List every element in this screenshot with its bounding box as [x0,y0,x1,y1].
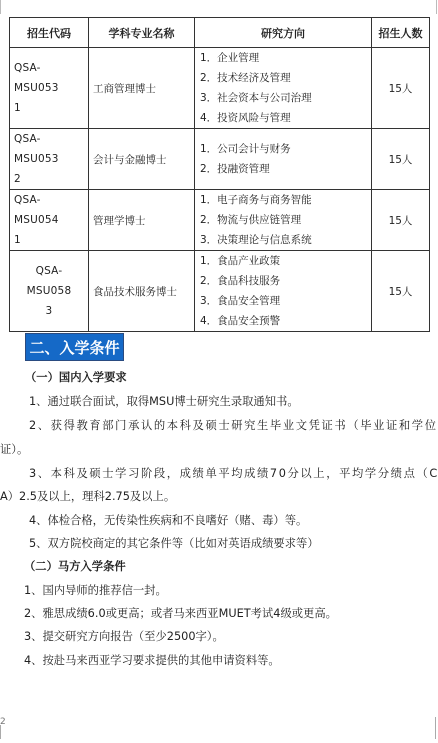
cell-count: 15人 [372,48,430,129]
cell-code: QSA-MSU0583 [10,251,89,332]
domestic-heading: （一）国内入学要求 [25,369,127,385]
header-major: 学科专业名称 [89,18,195,48]
cell-code: QSA-MSU0541 [10,190,89,251]
cell-code: QSA-MSU0531 [10,48,89,129]
cell-directions: 1．公司会计与财务 2．投融资管理 [195,129,372,190]
cell-directions: 1．企业管理 2．技术经济及管理 3．社会资本与公司治理 4．投资风险与管理 [195,48,372,129]
domestic-item: 3、本科及硕士学习阶段，成绩单平均成绩70分以上，平均学分绩点（CGP [29,465,438,481]
section-heading: 二、入学条件 [25,333,124,361]
malaysia-item: 4、按赴马来西亚学习要求提供的其他申请资料等。 [24,652,280,668]
table-row: QSA-MSU0583 食品技术服务博士 1．食品产业政策 2．食品科技服务 3… [10,251,430,332]
malaysia-heading: （二）马方入学条件 [24,558,126,574]
cell-count: 15人 [372,251,430,332]
page-edge [435,717,436,739]
table-header-row: 招生代码 学科专业名称 研究方向 招生人数 [10,18,430,48]
domestic-item: 2、获得教育部门承认的本科及硕士研究生毕业文凭证书（毕业证和学位 [29,417,438,433]
cell-major: 管理学博士 [89,190,195,251]
page-edge [0,725,1,739]
header-direction: 研究方向 [195,18,372,48]
table-row: QSA-MSU0541 管理学博士 1．电子商务与商务智能 2．物流与供应链管理… [10,190,430,251]
domestic-item: A）2.5及以上，理科2.75及以上。 [0,488,175,504]
malaysia-item: 3、提交研究方向报告（至少2500字）。 [24,628,224,644]
cell-major: 工商管理博士 [89,48,195,129]
domestic-item: 5、双方院校商定的其它条件等（比如对英语成绩要求等） [29,535,319,551]
cell-major: 食品技术服务博士 [89,251,195,332]
cell-directions: 1．食品产业政策 2．食品科技服务 3．食品安全管理 4．食品安全预警 [195,251,372,332]
domestic-item: 1、通过联合面试，取得MSU博士研究生录取通知书。 [29,393,299,409]
header-code: 招生代码 [10,18,89,48]
domestic-item: 4、体检合格，无传染性疾病和不良嗜好（赌、毒）等。 [29,512,307,528]
domestic-item: 证）。 [0,441,28,457]
malaysia-item: 2、雅思成绩6.0或更高；或者马来西亚MUET考试4级或更高。 [24,605,337,621]
header-count: 招生人数 [372,18,430,48]
cell-major: 会计与金融博士 [89,129,195,190]
malaysia-item: 1、国内导师的推荐信一封。 [24,582,167,598]
cell-code: QSA-MSU0532 [10,129,89,190]
cell-count: 15人 [372,190,430,251]
page-edge [0,0,1,14]
enrollment-table: 招生代码 学科专业名称 研究方向 招生人数 QSA-MSU0531 工商管理博士… [9,17,430,332]
cell-count: 15人 [372,129,430,190]
page-edge [436,0,437,14]
table-row: QSA-MSU0532 会计与金融博士 1．公司会计与财务 2．投融资管理 15… [10,129,430,190]
table-row: QSA-MSU0531 工商管理博士 1．企业管理 2．技术经济及管理 3．社会… [10,48,430,129]
cell-directions: 1．电子商务与商务智能 2．物流与供应链管理 3．决策理论与信息系统 [195,190,372,251]
